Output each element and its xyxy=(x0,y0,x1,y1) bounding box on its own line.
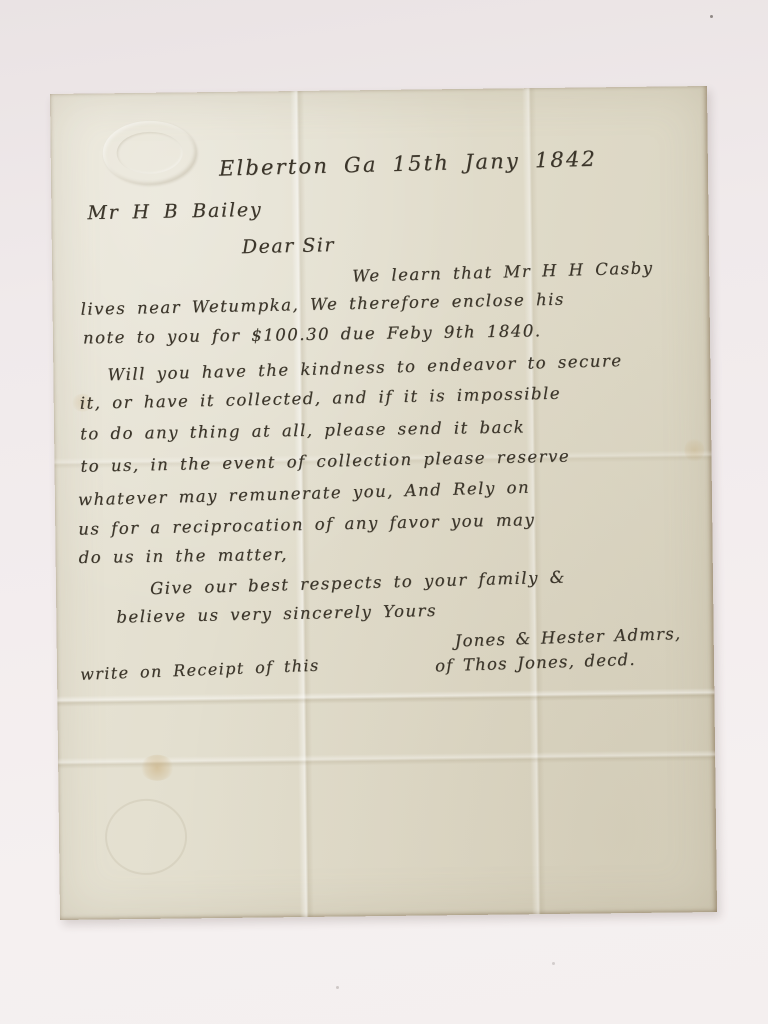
letter-salutation: Dear Sir xyxy=(242,234,336,258)
letter-body-line: do us in the matter, xyxy=(78,545,288,567)
embossed-seal xyxy=(102,120,197,185)
letter-body-line: to do any thing at all, please send it b… xyxy=(80,417,525,443)
vertical-fold-crease xyxy=(290,91,314,917)
letter-paper: Elberton Ga 15th Jany 1842 Mr H B Bailey… xyxy=(50,86,717,920)
letter-body-line: it, or have it collected, and if it is i… xyxy=(80,384,562,413)
ring-watermark xyxy=(105,798,188,875)
letter-body-line: to us, in the event of collection please… xyxy=(80,447,570,476)
letter-closing-line: believe us very sincerely Yours xyxy=(116,601,437,627)
letter-body-line: We learn that Mr H H Casby xyxy=(352,258,654,285)
photo-backdrop: Elberton Ga 15th Jany 1842 Mr H B Bailey… xyxy=(0,0,768,1024)
letter-body-line: lives near Wetumpka, We therefore enclos… xyxy=(80,290,565,319)
letter-body-line: Will you have the kindness to endeavor t… xyxy=(107,351,623,384)
vertical-fold-crease xyxy=(522,88,546,914)
horizontal-fold-crease xyxy=(57,688,714,707)
dust-speck xyxy=(710,15,713,18)
letter-signature-line: Jones & Hester Admrs, xyxy=(454,624,681,651)
letter-recipient: Mr H B Bailey xyxy=(87,199,262,224)
letter-annotation: write on Receipt of this xyxy=(80,656,320,684)
letter-body-line: note to you for $100.30 due Feby 9th 184… xyxy=(83,321,542,347)
dust-speck xyxy=(336,986,339,989)
dust-speck xyxy=(552,962,555,965)
paper-stain xyxy=(140,755,174,781)
letter-dateline: Elberton Ga 15th Jany 1842 xyxy=(219,147,598,181)
letter-closing-line: Give our best respects to your family & xyxy=(150,568,566,599)
letter-signature-line: of Thos Jones, decd. xyxy=(435,650,636,676)
paper-stain xyxy=(684,438,704,462)
